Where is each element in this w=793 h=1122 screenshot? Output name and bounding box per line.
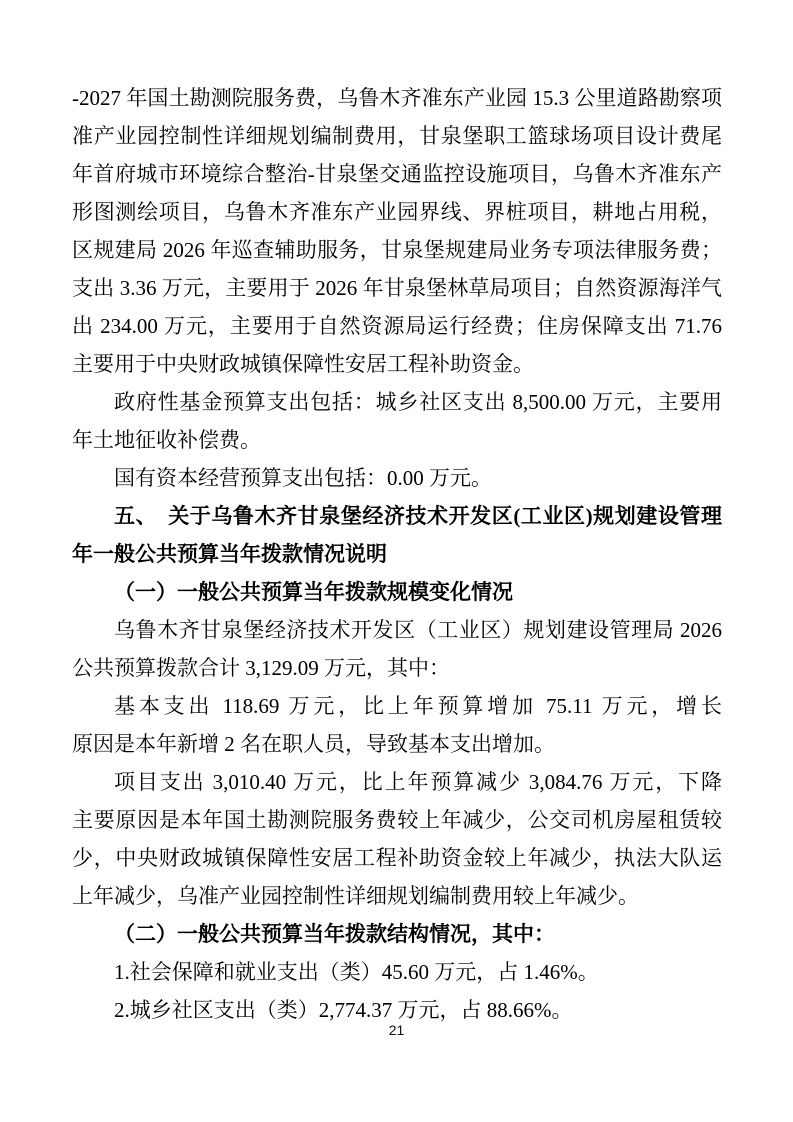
page-number: 21 [0, 1022, 793, 1038]
text-line-12: 五、 关于乌鲁木齐甘泉堡经济技术开发区(工业区)规划建设管理局2026 [72, 497, 722, 535]
text-line-3: 年首府城市环境综合整治-甘泉堡交通监控设施项目，乌鲁木齐准东产业园地 [72, 155, 722, 193]
text-line-16: 公共预算拨款合计 3,129.09 万元，其中： [72, 649, 722, 687]
text-line-20: 主要原因是本年国土勘测院服务费较上年减少，公交司机房屋租赁较上年减 [72, 801, 722, 839]
text-line-18: 原因是本年新增 2 名在职人员，导致基本支出增加。 [72, 725, 722, 763]
text-line-23: （二）一般公共预算当年拨款结构情况，其中： [72, 915, 722, 953]
text-line-6: 支出 3.36 万元，主要用于 2026 年甘泉堡林草局项目；自然资源海洋气象等… [72, 269, 722, 307]
document-page: -2027 年国土勘测院服务费，乌鲁木齐准东产业园 15.3 公里道路勘察项目，… [0, 0, 793, 1122]
text-line-1: -2027 年国土勘测院服务费，乌鲁木齐准东产业园 15.3 公里道路勘察项目，… [72, 79, 722, 117]
text-line-14: （一）一般公共预算当年拨款规模变化情况 [72, 573, 722, 611]
text-line-21: 少，中央财政城镇保障性安居工程补助资金较上年减少，执法大队运行经费较 [72, 839, 722, 877]
text-line-19: 项目支出 3,010.40 万元，比上年预算减少 3,084.76 万元，下降 … [72, 763, 722, 801]
text-line-13: 年一般公共预算当年拨款情况说明 [72, 535, 722, 573]
text-line-9: 政府性基金预算支出包括：城乡社区支出 8,500.00 万元，主要用于 2026 [72, 383, 722, 421]
text-line-7: 出 234.00 万元，主要用于自然资源局运行经费；住房保障支出 71.76 万… [72, 307, 722, 345]
text-line-22: 上年减少，乌准产业园控制性详细规划编制费用较上年减少。 [72, 877, 722, 915]
text-line-4: 形图测绘项目，乌鲁木齐准东产业园界线、界桩项目，耕地占用税，甘泉堡园 [72, 193, 722, 231]
text-line-15: 乌鲁木齐甘泉堡经济技术开发区（工业区）规划建设管理局 2026 年一般 [72, 611, 722, 649]
text-line-2: 准产业园控制性详细规划编制费用，甘泉堡职工篮球场项目设计费尾款，2016 [72, 117, 722, 155]
document-body: -2027 年国土勘测院服务费，乌鲁木齐准东产业园 15.3 公里道路勘察项目，… [72, 79, 722, 1029]
text-line-10: 年土地征收补偿费。 [72, 421, 722, 459]
text-line-8: 主要用于中央财政城镇保障性安居工程补助资金。 [72, 345, 722, 383]
text-line-17: 基本支出 118.69 万元，比上年预算增加 75.11 万元，增长 172.3… [72, 687, 722, 725]
text-line-24: 1.社会保障和就业支出（类）45.60 万元，占 1.46%。 [72, 953, 722, 991]
text-line-11: 国有资本经营预算支出包括：0.00 万元。 [72, 459, 722, 497]
text-line-5: 区规建局 2026 年巡查辅助服务，甘泉堡规建局业务专项法律服务费；农林水 [72, 231, 722, 269]
